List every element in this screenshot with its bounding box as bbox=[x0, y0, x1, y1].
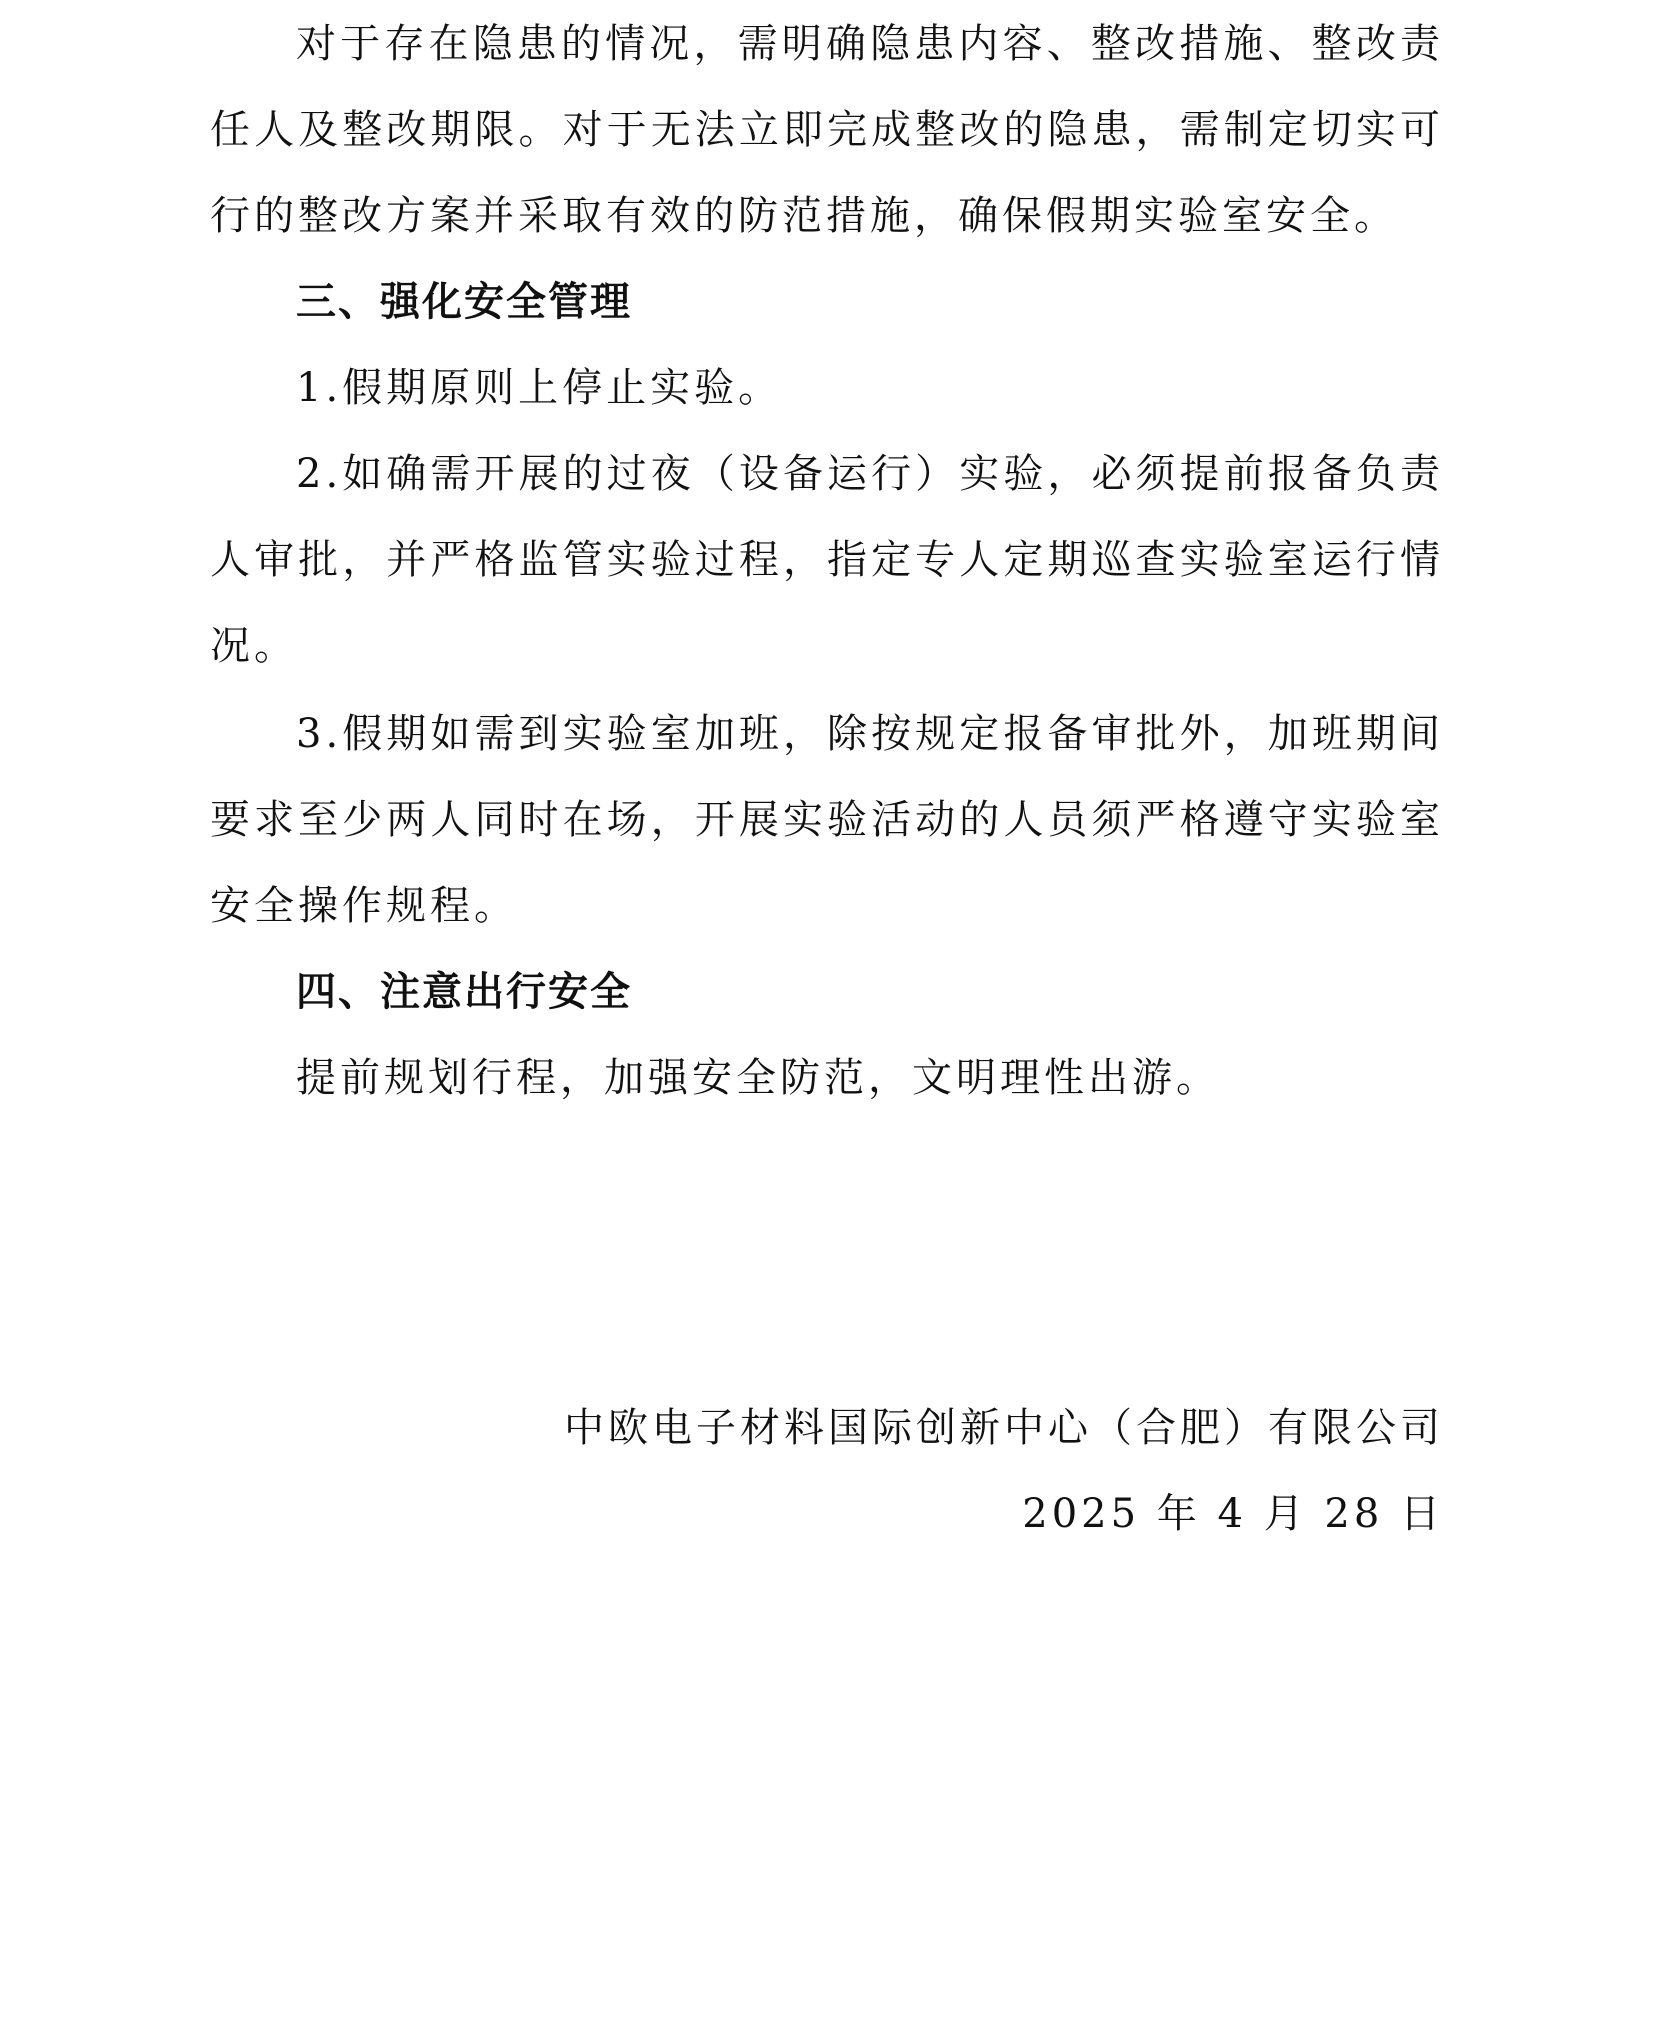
signature-date: 2025 年 4 月 28 日 bbox=[1022, 1471, 1444, 1557]
section-4-paragraph: 提前规划行程，加强安全防范，文明理性出游。 bbox=[296, 1035, 1444, 1121]
list-item-3-line: 要求至少两人同时在场，开展实验活动的人员须严格遵守实验室 bbox=[210, 777, 1444, 863]
list-item-2-line: 2.如确需开展的过夜（设备运行）实验，必须提前报备负责 bbox=[296, 431, 1444, 517]
section-heading-3: 三、强化安全管理 bbox=[296, 259, 632, 345]
signature-organization: 中欧电子材料国际创新中心（合肥）有限公司 bbox=[564, 1385, 1444, 1471]
list-item-2-line: 人审批，并严格监管实验过程，指定专人定期巡查实验室运行情 bbox=[210, 517, 1444, 603]
list-item-1: 1.假期原则上停止实验。 bbox=[296, 345, 1444, 431]
list-item-3-line: 安全操作规程。 bbox=[210, 863, 1444, 949]
paragraph-line: 对于存在隐患的情况，需明确隐患内容、整改措施、整改责 bbox=[296, 1, 1444, 87]
document-page: 对于存在隐患的情况，需明确隐患内容、整改措施、整改责 任人及整改期限。对于无法立… bbox=[0, 0, 1654, 2043]
section-heading-4: 四、注意出行安全 bbox=[296, 949, 632, 1035]
paragraph-line: 任人及整改期限。对于无法立即完成整改的隐患，需制定切实可 bbox=[210, 87, 1444, 173]
list-item-3-line: 3.假期如需到实验室加班，除按规定报备审批外，加班期间 bbox=[296, 691, 1444, 777]
paragraph-line: 行的整改方案并采取有效的防范措施，确保假期实验室安全。 bbox=[210, 173, 1444, 259]
list-item-2-line: 况。 bbox=[210, 603, 1444, 689]
